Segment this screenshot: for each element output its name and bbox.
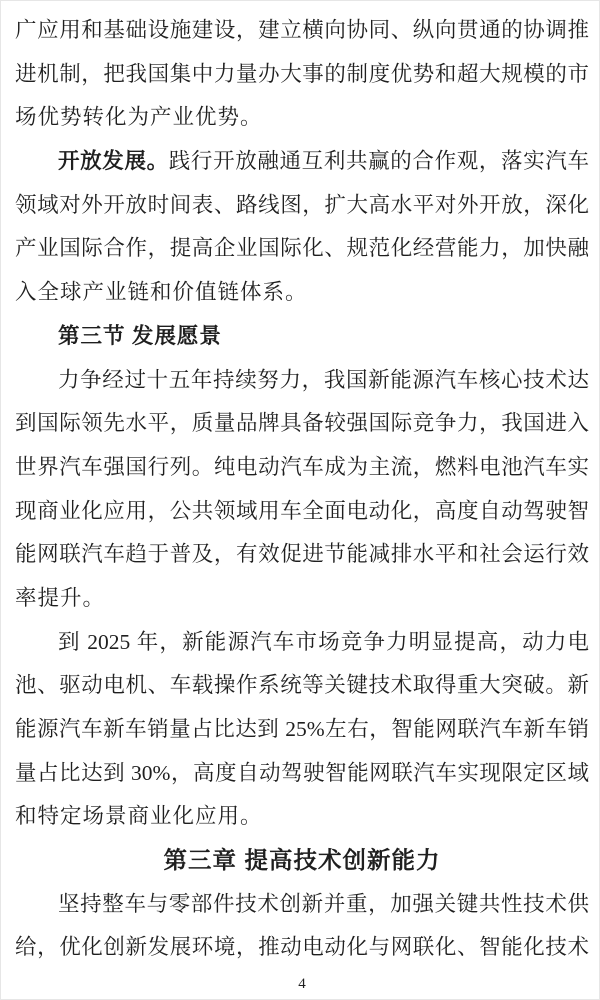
body-line: 领域对外开放时间表、路线图，扩大高水平对外开放，深化 bbox=[15, 184, 589, 228]
page-number: 4 bbox=[15, 970, 589, 998]
body-line: 现商业化应用，公共领域用车全面电动化，高度自动驾驶智 bbox=[15, 490, 589, 534]
body-line: 产业国际合作，提高企业国际化、规范化经营能力，加快融 bbox=[15, 227, 589, 271]
body-line: 能源汽车新车销量占比达到 25%左右，智能网联汽车新车销 bbox=[15, 708, 589, 752]
body-line: 能网联汽车趋于普及，有效促进节能减排水平和社会运行效 bbox=[15, 533, 589, 577]
section-heading: 第三节 发展愿景 bbox=[15, 315, 589, 359]
body-line: 量占比达到 30%，高度自动驾驶智能网联汽车实现限定区域 bbox=[15, 752, 589, 796]
body-line: 场优势转化为产业优势。 bbox=[15, 96, 589, 140]
body-line: 池、驱动电机、车载操作系统等关键技术取得重大突破。新 bbox=[15, 664, 589, 708]
body-line: 坚持整车与零部件技术创新并重，加强关键共性技术供 bbox=[15, 883, 589, 927]
body-line: 到国际领先水平，质量品牌具备较强国际竞争力，我国进入 bbox=[15, 402, 589, 446]
body-line: 到 2025 年，新能源汽车市场竞争力明显提高，动力电 bbox=[15, 621, 589, 665]
body-line: 广应用和基础设施建设，建立横向协同、纵向贯通的协调推 bbox=[15, 9, 589, 53]
chapter-heading: 第三章 提高技术创新能力 bbox=[15, 839, 589, 883]
document-page: 广应用和基础设施建设，建立横向协同、纵向贯通的协调推 进机制，把我国集中力量办大… bbox=[0, 0, 600, 1000]
body-line: 力争经过十五年持续努力，我国新能源汽车核心技术达 bbox=[15, 359, 589, 403]
body-line: 开放发展。践行开放融通互利共赢的合作观，落实汽车 bbox=[15, 140, 589, 184]
body-line: 和特定场景商业化应用。 bbox=[15, 795, 589, 839]
body-line: 给，优化创新发展环境，推动电动化与网联化、智能化技术 bbox=[15, 926, 589, 970]
body-line: 进机制，把我国集中力量办大事的制度优势和超大规模的市 bbox=[15, 53, 589, 97]
body-line: 率提升。 bbox=[15, 577, 589, 621]
body-line: 入全球产业链和价值链体系。 bbox=[15, 271, 589, 315]
body-line-text: 践行开放融通互利共赢的合作观，落实汽车 bbox=[169, 149, 589, 173]
bold-lead: 开放发展。 bbox=[58, 149, 169, 173]
body-line: 世界汽车强国行列。纯电动汽车成为主流，燃料电池汽车实 bbox=[15, 446, 589, 490]
